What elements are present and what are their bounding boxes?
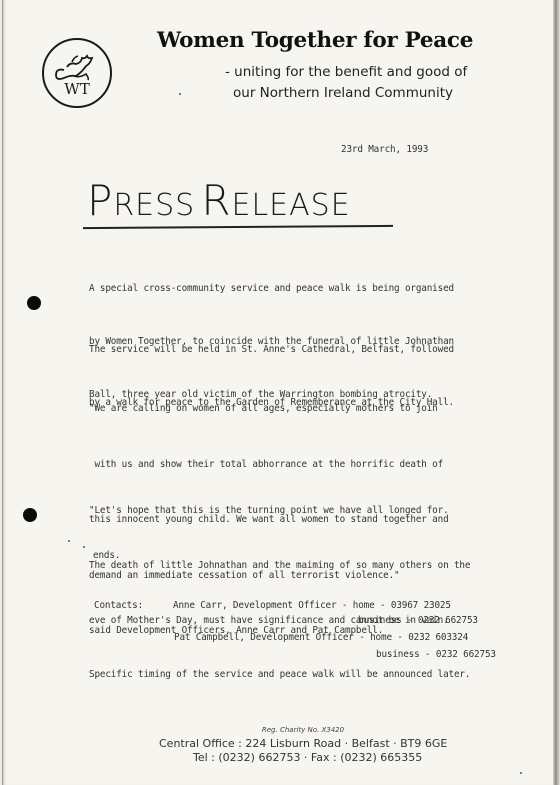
paragraph-quote-2: "Let's hope that this is the turning poi… <box>89 466 470 721</box>
tagline-line-2: our Northern Ireland Community <box>233 85 453 101</box>
tagline-line-1: - uniting for the benefit and good of <box>225 64 467 80</box>
punch-hole <box>23 508 37 522</box>
paper-speck <box>83 546 85 548</box>
dove-in-circle-icon: WT <box>42 38 112 108</box>
document-date: 23rd March, 1993 <box>341 144 428 155</box>
organization-name: Women Together for Peace <box>157 28 473 53</box>
contact-pat-campbell-business: business - 0232 662753 <box>376 649 496 660</box>
punch-hole <box>27 296 41 310</box>
ends-marker: ends. <box>93 550 120 561</box>
paper-speck <box>68 540 70 542</box>
paper-speck <box>179 93 181 95</box>
contacts-label: Contacts: <box>94 600 143 611</box>
page-edge <box>553 0 560 785</box>
press-release-title: PRESS RELEASE <box>87 176 351 225</box>
svg-text:WT: WT <box>64 80 89 98</box>
title-underline <box>83 225 393 229</box>
contact-anne-carr-home: Anne Carr, Development Officer - home - … <box>173 600 451 611</box>
charity-number: Reg. Charity No. X3420 <box>103 726 503 734</box>
paper-speck <box>520 772 522 774</box>
contact-pat-campbell-home: Pat Campbell, Development Officer - home… <box>174 632 468 643</box>
contact-anne-carr-business: business - 0232 662753 <box>358 615 478 626</box>
document-page: WT Women Together for Peace - uniting fo… <box>2 0 556 785</box>
office-address: Central Office : 224 Lisburn Road · Belf… <box>159 737 447 750</box>
phone-fax: Tel : (0232) 662753 · Fax : (0232) 66535… <box>193 751 422 764</box>
